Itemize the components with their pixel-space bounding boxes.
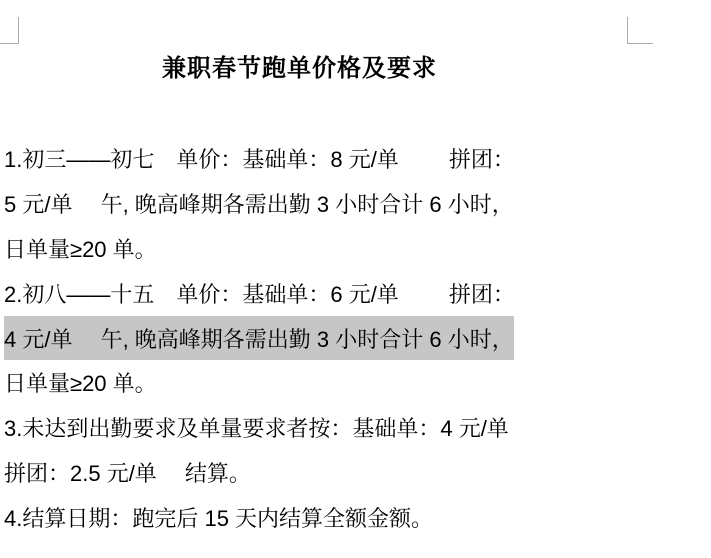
document-line[interactable]: 1.初三——初七 单价：基础单：8 元/单 拼团： [4,137,515,182]
page-margin-corner-mark-top-left [0,17,19,44]
document-line[interactable]: 5 元/单 午, 晚高峰期各需出勤 3 小时合计 6 小时， [4,181,514,226]
document-line[interactable]: 拼团：2.5 元/单 结算。 [4,450,251,495]
document-line[interactable]: 2.初八——十五 单价：基础单：6 元/单 拼团： [4,271,515,316]
document-title: 兼职春节跑单价格及要求 [162,52,437,78]
page-margin-corner-mark-top-right [627,17,653,44]
document-line[interactable]: 日单量≥20 单。 [4,360,157,405]
document-line[interactable]: 日单量≥20 单。 [4,226,157,271]
document-body: 1.初三——初七 单价：基础单：8 元/单 拼团： 5 元/单 午, 晚高峰期各… [4,137,711,540]
document-line-selected[interactable]: 4 元/单 午, 晚高峰期各需出勤 3 小时合计 6 小时， [4,316,514,361]
document-page[interactable]: 兼职春节跑单价格及要求 1.初三——初七 单价：基础单：8 元/单 拼团： 5 … [0,0,711,558]
document-line[interactable]: 4.结算日期：跑完后 15 天内结算全额金额。 [4,495,433,540]
document-line[interactable]: 3.未达到出勤要求及单量要求者按：基础单：4 元/单 [4,405,509,450]
